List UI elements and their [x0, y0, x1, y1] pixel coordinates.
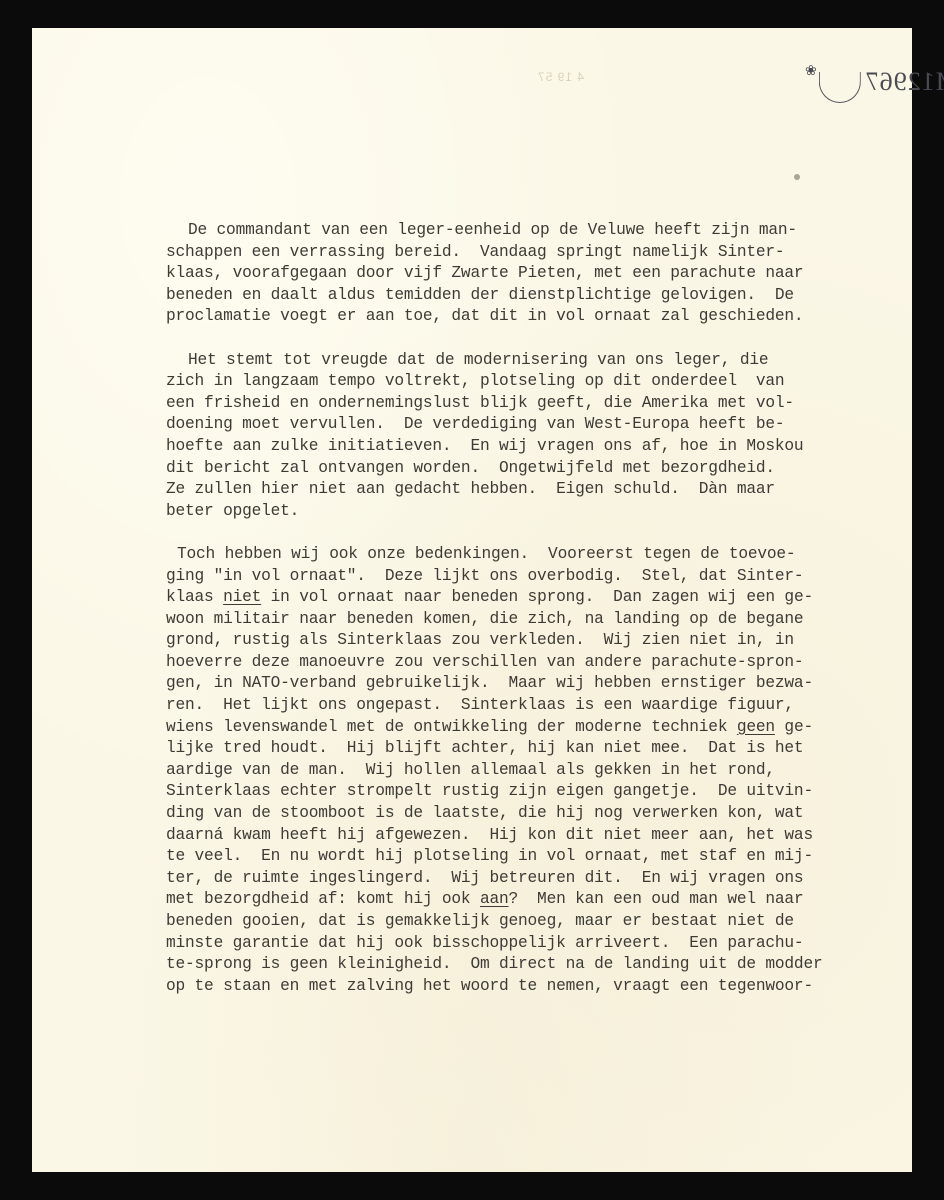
text-line: beneden en daalt aldus temidden der dien… [166, 285, 906, 307]
pencil-annotation: 4 19 57 [537, 70, 584, 84]
text-line: wiens levenswandel met de ontwikkeling d… [166, 717, 906, 739]
text-line: grond, rustig als Sinterklaas zou verkle… [166, 630, 906, 652]
archive-stamp: M12967 ❀ [804, 66, 944, 97]
text-line: hoefte aan zulke initiatieven. En wij vr… [166, 436, 906, 458]
text-line: minste garantie dat hij ook bisschoppeli… [166, 933, 906, 955]
text-line: zich in langzaam tempo voltrekt, plotsel… [166, 371, 906, 393]
text-line: gen, in NATO-verband gebruikelijk. Maar … [166, 673, 906, 695]
text-line: doening moet vervullen. De verdediging v… [166, 414, 906, 436]
text-line: te veel. En nu wordt hij plotseling in v… [166, 846, 906, 868]
text-line: Toch hebben wij ook onze bedenkingen. Vo… [166, 544, 906, 566]
text-line: klaas niet in vol ornaat naar beneden sp… [166, 587, 906, 609]
text-line: Het stemt tot vreugde dat de moderniseri… [166, 350, 906, 372]
underlined-word: geen [737, 718, 775, 736]
text-line: woon militair naar beneden komen, die zi… [166, 609, 906, 631]
text-line: een frisheid en ondernemingslust blijk g… [166, 393, 906, 415]
ink-speck [794, 174, 800, 180]
archive-number: M12967 [865, 67, 944, 97]
underlined-word: aan [480, 890, 509, 908]
text-line: beter opgelet. [166, 501, 906, 523]
text-line: daarná kwam heeft hij afgewezen. Hij kon… [166, 825, 906, 847]
text-line: op te staan en met zalving het woord te … [166, 976, 906, 998]
text-line: Ze zullen hier niet aan gedacht hebben. … [166, 479, 906, 501]
underlined-word: niet [223, 588, 261, 606]
text-line: ding van de stoomboot is de laatste, die… [166, 803, 906, 825]
text-line: klaas, voorafgegaan door vijf Zwarte Pie… [166, 263, 906, 285]
text-line: Sinterklaas echter strompelt rustig zijn… [166, 781, 906, 803]
text-line: ging "in vol ornaat". Deze lijkt ons ove… [166, 566, 906, 588]
paragraph-3: Toch hebben wij ook onze bedenkingen. Vo… [166, 544, 906, 997]
text-line: De commandant van een leger-eenheid op d… [166, 220, 906, 242]
text-line: te-sprong is geen kleinigheid. Om direct… [166, 954, 906, 976]
stamp-flourish-icon [819, 72, 861, 103]
stamp-crest-icon: ❀ [804, 63, 817, 80]
text-line: ren. Het lijkt ons ongepast. Sinterklaas… [166, 695, 906, 717]
document-body: De commandant van een leger-eenheid op d… [166, 220, 906, 1019]
paragraph-2: Het stemt tot vreugde dat de moderniseri… [166, 350, 906, 523]
text-line: beneden gooien, dat is gemakkelijk genoe… [166, 911, 906, 933]
text-line: hoeverre deze manoeuvre zou verschillen … [166, 652, 906, 674]
paragraph-1: De commandant van een leger-eenheid op d… [166, 220, 906, 328]
text-line: proclamatie voegt er aan toe, dat dit in… [166, 306, 906, 328]
text-line: lijke tred houdt. Hij blijft achter, hij… [166, 738, 906, 760]
text-line: schappen een verrassing bereid. Vandaag … [166, 242, 906, 264]
text-line: met bezorgdheid af: komt hij ook aan? Me… [166, 889, 906, 911]
text-line: dit bericht zal ontvangen worden. Ongetw… [166, 458, 906, 480]
text-line: ter, de ruimte ingeslingerd. Wij betreur… [166, 868, 906, 890]
text-line: aardige van de man. Wij hollen allemaal … [166, 760, 906, 782]
